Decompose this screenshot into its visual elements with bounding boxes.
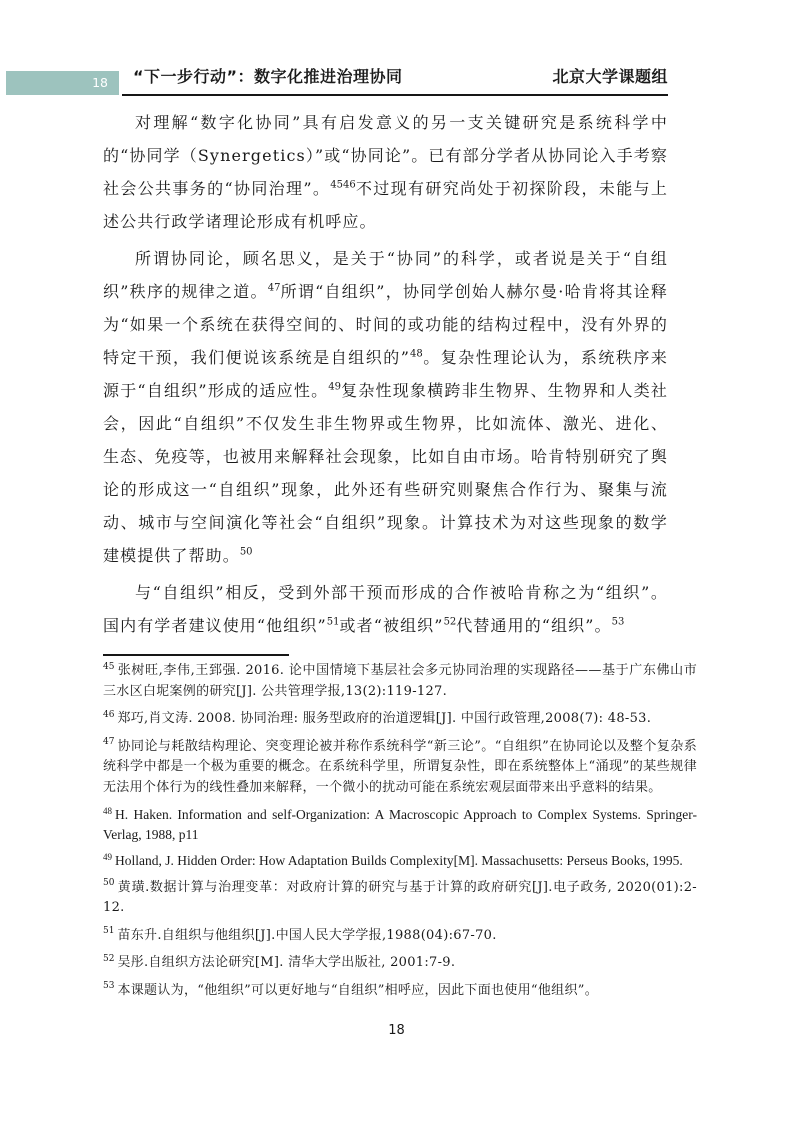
footnote-marker: 48 xyxy=(103,806,112,816)
footnote-separator xyxy=(103,654,289,656)
footnote-ref: 48 xyxy=(410,349,423,360)
document-page: { "theme": { "accent": "#9dc3be", "text_… xyxy=(0,0,793,1122)
page-badge: 18 xyxy=(6,71,119,95)
footnote: 51苗东升.自组织与他组织[J].中国人民大学学报,1988(04):67-70… xyxy=(103,926,697,947)
footnote: 50黄璜.数据计算与治理变革：对政府计算的研究与基于计算的政府研究[J].电子政… xyxy=(103,878,697,919)
footnote-text: 郑巧,肖文涛. 2008. 协同治理: 服务型政府的治道逻辑[J]. 中国行政管… xyxy=(117,711,651,726)
footnote-ref: 47 xyxy=(268,283,281,294)
header-affiliation: 北京大学课题组 xyxy=(552,64,668,87)
footnote-text: H. Haken. Information and self-Organizat… xyxy=(103,807,697,842)
footnote-text: 苗东升.自组织与他组织[J].中国人民大学学报,1988(04):67-70. xyxy=(117,928,496,943)
footnote-marker: 51 xyxy=(103,926,114,936)
footnote: 49Holland, J. Hidden Order: How Adaptati… xyxy=(103,851,697,871)
footnote-ref: 4546 xyxy=(330,180,355,191)
footnote: 46郑巧,肖文涛. 2008. 协同治理: 服务型政府的治道逻辑[J]. 中国行… xyxy=(103,709,697,730)
footnote-ref: 50 xyxy=(240,547,253,558)
body-paragraph: 对理解“数字化协同”具有启发意义的另一支关键研究是系统科学中的“协同学（Syne… xyxy=(103,106,668,238)
footnote: 45张树旺,李伟,王郅强. 2016. 论中国情境下基层社会多元协同治理的实现路… xyxy=(103,661,697,702)
footnote: 48H. Haken. Information and self-Organiz… xyxy=(103,805,697,844)
footnote-marker: 45 xyxy=(103,662,114,672)
running-header: “下一步行动”：数字化推进治理协同 北京大学课题组 xyxy=(122,64,668,96)
footnote-text: 张树旺,李伟,王郅强. 2016. 论中国情境下基层社会多元协同治理的实现路径—… xyxy=(103,663,697,699)
footnote-marker: 53 xyxy=(103,981,114,991)
footnote-ref: 51 xyxy=(327,617,340,628)
page-number: 18 xyxy=(0,1023,793,1038)
footnote-marker: 50 xyxy=(103,878,114,888)
footnote-text: Holland, J. Hidden Order: How Adaptation… xyxy=(115,853,683,868)
footnote-ref: 49 xyxy=(328,382,341,393)
footnote: 47协同论与耗散结构理论、突变理论被并称作系统科学“新三论”。“自组织”在协同论… xyxy=(103,737,697,799)
footnote: 53本课题认为，“他组织”可以更好地与“自组织”相呼应，因此下面也使用“他组织”… xyxy=(103,981,697,1002)
footnotes: 45张树旺,李伟,王郅强. 2016. 论中国情境下基层社会多元协同治理的实现路… xyxy=(103,661,697,1008)
body-paragraph: 所谓协同论，顾名思义，是关于“协同”的科学，或者说是关于“自组织”秩序的规律之道… xyxy=(103,242,668,572)
footnote-text: 吴彤.自组织方法论研究[M]. 清华大学出版社, 2001:7-9. xyxy=(117,955,455,970)
footnote: 52吴彤.自组织方法论研究[M]. 清华大学出版社, 2001:7-9. xyxy=(103,953,697,974)
footnote-marker: 46 xyxy=(103,710,114,720)
body-paragraph: 与“自组织”相反，受到外部干预而形成的合作被哈肯称之为“组织”。国内有学者建议使… xyxy=(103,576,668,642)
footnote-ref: 52 xyxy=(444,617,457,628)
footnote-text: 黄璜.数据计算与治理变革：对政府计算的研究与基于计算的政府研究[J].电子政务,… xyxy=(103,880,697,916)
footnote-text: 协同论与耗散结构理论、突变理论被并称作系统科学“新三论”。“自组织”在协同论以及… xyxy=(103,739,697,795)
footnote-marker: 49 xyxy=(103,852,112,862)
footnote-ref: 53 xyxy=(612,617,625,628)
footnote-marker: 47 xyxy=(103,737,114,747)
header-title: “下一步行动”：数字化推进治理协同 xyxy=(133,64,403,87)
body-text: 对理解“数字化协同”具有启发意义的另一支关键研究是系统科学中的“协同学（Syne… xyxy=(103,106,668,646)
footnote-text: 本课题认为，“他组织”可以更好地与“自组织”相呼应，因此下面也使用“他组织”。 xyxy=(117,983,598,998)
footnote-marker: 52 xyxy=(103,954,114,964)
